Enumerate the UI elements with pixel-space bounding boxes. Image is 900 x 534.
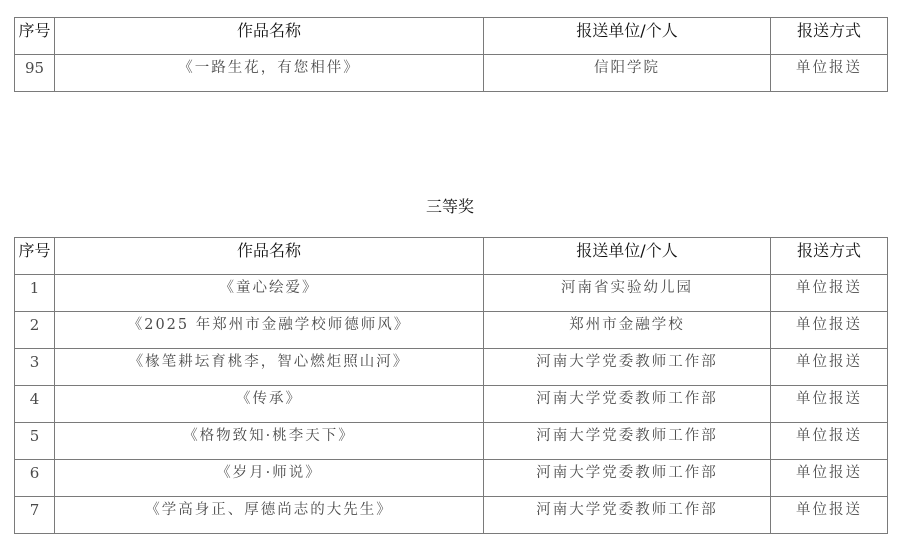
- cell-submitting-unit: 河南大学党委教师工作部: [484, 423, 771, 460]
- header-index: 序号: [15, 18, 55, 55]
- cell-submission-method: 单位报送: [771, 497, 888, 534]
- cell-index: 1: [15, 275, 55, 312]
- third-prize-table: 序号 作品名称 报送单位/个人 报送方式 1 《童心绘爱》 河南省实验幼儿园 单…: [14, 237, 888, 534]
- cell-work-title: 《岁月·师说》: [55, 460, 484, 497]
- cell-index: 7: [15, 497, 55, 534]
- cell-submitting-unit: 河南大学党委教师工作部: [484, 349, 771, 386]
- table-row: 5 《格物致知·桃李天下》 河南大学党委教师工作部 单位报送: [15, 423, 888, 460]
- table-header-row: 序号 作品名称 报送单位/个人 报送方式: [15, 238, 888, 275]
- header-work-title: 作品名称: [55, 18, 484, 55]
- cell-submission-method: 单位报送: [771, 349, 888, 386]
- cell-index: 2: [15, 312, 55, 349]
- table-row: 6 《岁月·师说》 河南大学党委教师工作部 单位报送: [15, 460, 888, 497]
- header-submitting-unit: 报送单位/个人: [484, 18, 771, 55]
- cell-submitting-unit: 郑州市金融学校: [484, 312, 771, 349]
- cell-work-title: 《椽笔耕坛育桃李，智心燃炬照山河》: [55, 349, 484, 386]
- cell-work-title: 《传承》: [55, 386, 484, 423]
- table-row: 2 《2025 年郑州市金融学校师德师风》 郑州市金融学校 单位报送: [15, 312, 888, 349]
- cell-index: 4: [15, 386, 55, 423]
- header-submission-method: 报送方式: [771, 18, 888, 55]
- cell-submitting-unit: 河南省实验幼儿园: [484, 275, 771, 312]
- header-submission-method: 报送方式: [771, 238, 888, 275]
- table-row: 7 《学高身正、厚德尚志的大先生》 河南大学党委教师工作部 单位报送: [15, 497, 888, 534]
- cell-submitting-unit: 河南大学党委教师工作部: [484, 460, 771, 497]
- cell-work-title: 《一路生花，有您相伴》: [55, 55, 484, 92]
- header-work-title: 作品名称: [55, 238, 484, 275]
- cell-index: 6: [15, 460, 55, 497]
- cell-work-title: 《学高身正、厚德尚志的大先生》: [55, 497, 484, 534]
- cell-submitting-unit: 河南大学党委教师工作部: [484, 386, 771, 423]
- header-submitting-unit: 报送单位/个人: [484, 238, 771, 275]
- cell-submitting-unit: 信阳学院: [484, 55, 771, 92]
- cell-index: 5: [15, 423, 55, 460]
- cell-submitting-unit: 河南大学党委教师工作部: [484, 497, 771, 534]
- table-row: 3 《椽笔耕坛育桃李，智心燃炬照山河》 河南大学党委教师工作部 单位报送: [15, 349, 888, 386]
- header-index: 序号: [15, 238, 55, 275]
- cell-work-title: 《格物致知·桃李天下》: [55, 423, 484, 460]
- cell-index: 3: [15, 349, 55, 386]
- table-header-row: 序号 作品名称 报送单位/个人 报送方式: [15, 18, 888, 55]
- cell-submission-method: 单位报送: [771, 312, 888, 349]
- cell-submission-method: 单位报送: [771, 275, 888, 312]
- award-table-continued: 序号 作品名称 报送单位/个人 报送方式 95 《一路生花，有您相伴》 信阳学院…: [14, 17, 888, 92]
- cell-index: 95: [15, 55, 55, 92]
- cell-work-title: 《童心绘爱》: [55, 275, 484, 312]
- cell-submission-method: 单位报送: [771, 460, 888, 497]
- table-row: 95 《一路生花，有您相伴》 信阳学院 单位报送: [15, 55, 888, 92]
- cell-work-title: 《2025 年郑州市金融学校师德师风》: [55, 312, 484, 349]
- table-row: 4 《传承》 河南大学党委教师工作部 单位报送: [15, 386, 888, 423]
- section-title-third-prize: 三等奖: [0, 194, 900, 217]
- cell-submission-method: 单位报送: [771, 423, 888, 460]
- cell-submission-method: 单位报送: [771, 55, 888, 92]
- table-row: 1 《童心绘爱》 河南省实验幼儿园 单位报送: [15, 275, 888, 312]
- cell-submission-method: 单位报送: [771, 386, 888, 423]
